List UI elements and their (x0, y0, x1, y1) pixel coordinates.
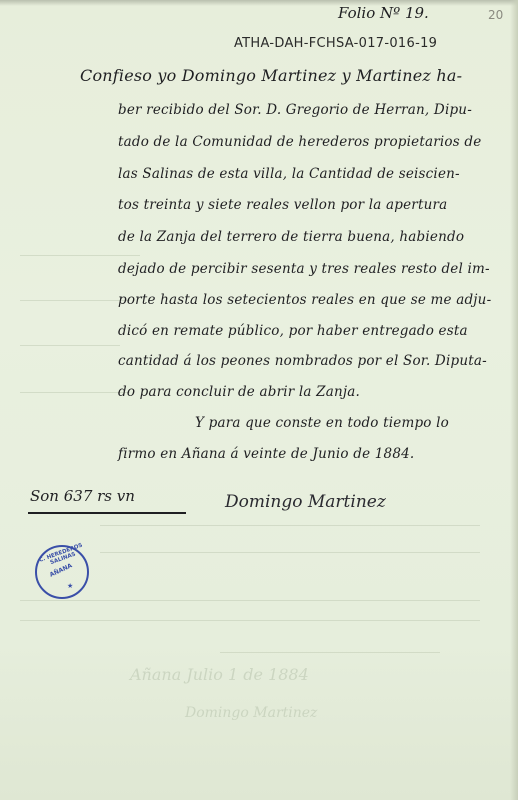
amount-underline (28, 512, 186, 514)
body-line-4: las Salinas de esta villa, la Cantidad d… (118, 166, 460, 182)
folio-number: Folio Nº 19. (338, 4, 429, 22)
body-line-11: do para concluir de abrir la Zanja. (118, 384, 360, 400)
page-right-edge (510, 0, 518, 800)
signature: Domingo Martinez (225, 492, 386, 512)
amount-total: Son 637 rs vn (30, 487, 135, 505)
body-line-3: tado de la Comunidad de herederos propie… (118, 134, 481, 150)
body-line-5: tos treinta y siete reales vellon por la… (118, 197, 447, 213)
bleed-through-date: Añana Julio 1 de 1884 (130, 665, 309, 684)
body-line-6: de la Zanja del terrero de tierra buena,… (118, 229, 464, 245)
bleed-through-signature: Domingo Martinez (185, 705, 317, 721)
archive-reference-code: ATHA-DAH-FCHSA-017-016-19 (234, 36, 437, 51)
body-line-7: dejado de percibir sesenta y tres reales… (118, 261, 490, 277)
body-line-13: firmo en Añana á veinte de Junio de 1884… (118, 446, 414, 462)
stamp-star-icon: ★ (67, 582, 73, 590)
page-top-edge (0, 0, 518, 6)
body-line-2: ber recibido del Sor. D. Gregorio de Her… (118, 102, 472, 118)
body-line-9: dicó en remate público, por haber entreg… (118, 323, 468, 339)
body-line-10: cantidad á los peones nombrados por el S… (118, 353, 487, 369)
page-number: 20 (488, 8, 503, 22)
body-line-1: Confieso yo Domingo Martinez y Martinez … (80, 66, 462, 85)
body-line-8: porte hasta los setecientos reales en qu… (118, 292, 491, 308)
archive-stamp: C. HEREDEROS SALINAS AÑANA ★ (35, 545, 89, 599)
body-line-12: Y para que conste en todo tiempo lo (195, 415, 449, 431)
